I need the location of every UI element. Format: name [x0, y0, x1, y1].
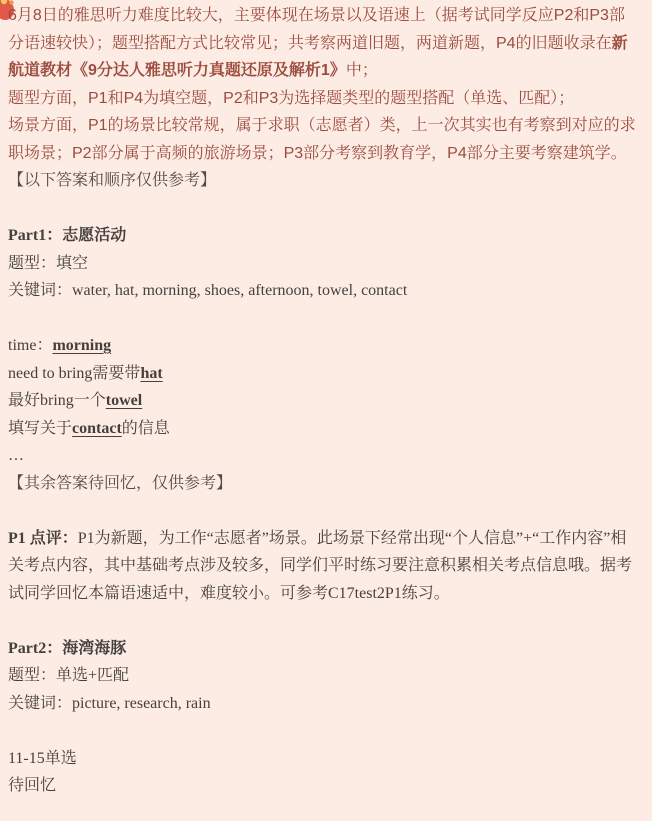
document-page: 6月8日的雅思听力难度比较大，主要体现在场景以及语速上（据考试同学反应P2和P3… [0, 0, 652, 821]
paragraph: 待回忆 [8, 772, 638, 800]
paragraph: 6月8日的雅思听力难度比较大，主要体现在场景以及语速上（据考试同学反应P2和P3… [8, 2, 638, 85]
text-run: 关键词：picture, research, rain [8, 695, 211, 712]
paragraph: … [8, 442, 638, 470]
text-run: contact [72, 420, 122, 437]
text-run: 最好bring一个 [8, 392, 106, 409]
text-run: need to bring需要带 [8, 365, 140, 382]
text-run: 的信息 [122, 420, 170, 437]
paragraph: need to bring需要带hat [8, 360, 638, 388]
text-run: time： [8, 337, 52, 354]
paragraph: 题型方面，P1和P4为填空题，P2和P3为选择题类型的题型搭配（单选、匹配）； [8, 85, 638, 113]
blank-line [8, 717, 638, 745]
paragraph: 关键词：water, hat, morning, shoes, afternoo… [8, 277, 638, 305]
paragraph: Part2：海湾海豚 [8, 635, 638, 663]
text-run: P1为新题，为工作“志愿者”场景。此场景下经常出现“个人信息”+“工作内容”相关… [8, 530, 632, 602]
text-run: 填写关于 [8, 420, 72, 437]
text-run: 题型：单选+匹配 [8, 667, 129, 684]
text-run: 场景方面，P1的场景比较常规，属于求职（志愿者）类，上一次其实也有考察到对应的求… [8, 117, 636, 162]
text-run: 【以下答案和顺序仅供参考】 [8, 172, 216, 189]
document-body: 6月8日的雅思听力难度比较大，主要体现在场景以及语速上（据考试同学反应P2和P3… [0, 0, 652, 800]
text-run: Part1：志愿活动 [8, 227, 126, 244]
paragraph: P1 点评：P1为新题，为工作“志愿者”场景。此场景下经常出现“个人信息”+“工… [8, 525, 638, 608]
text-run: 【其余答案待回忆，仅供参考】 [8, 475, 232, 492]
text-run: … [8, 447, 24, 464]
text-run: P1 点评： [8, 530, 78, 547]
text-run: hat [140, 365, 162, 382]
text-run: towel [106, 392, 142, 409]
paragraph: 【其余答案待回忆，仅供参考】 [8, 470, 638, 498]
text-run: 待回忆 [8, 777, 56, 794]
paragraph: 11-15单选 [8, 745, 638, 773]
blank-line [8, 607, 638, 635]
blank-line [8, 497, 638, 525]
paragraph: 填写关于contact的信息 [8, 415, 638, 443]
text-run: 中； [346, 62, 378, 79]
paragraph: 题型：填空 [8, 250, 638, 278]
paragraph: 【以下答案和顺序仅供参考】 [8, 167, 638, 195]
blank-line [8, 195, 638, 223]
text-run: 题型方面，P1和P4为填空题，P2和P3为选择题类型的题型搭配（单选、匹配）； [8, 90, 574, 107]
text-run: 6月8日的雅思听力难度比较大，主要体现在场景以及语速上（据考试同学反应P2和P3… [8, 7, 625, 52]
paragraph: 关键词：picture, research, rain [8, 690, 638, 718]
paragraph: 最好bring一个towel [8, 387, 638, 415]
blank-line [8, 305, 638, 333]
text-run: morning [52, 337, 111, 354]
paragraph: Part1：志愿活动 [8, 222, 638, 250]
text-run: Part2：海湾海豚 [8, 640, 126, 657]
text-run: 11-15单选 [8, 750, 77, 767]
paragraph: 场景方面，P1的场景比较常规，属于求职（志愿者）类，上一次其实也有考察到对应的求… [8, 112, 638, 167]
text-run: 关键词：water, hat, morning, shoes, afternoo… [8, 282, 407, 299]
paragraph: 题型：单选+匹配 [8, 662, 638, 690]
paragraph: time：morning [8, 332, 638, 360]
text-run: 题型：填空 [8, 255, 88, 272]
